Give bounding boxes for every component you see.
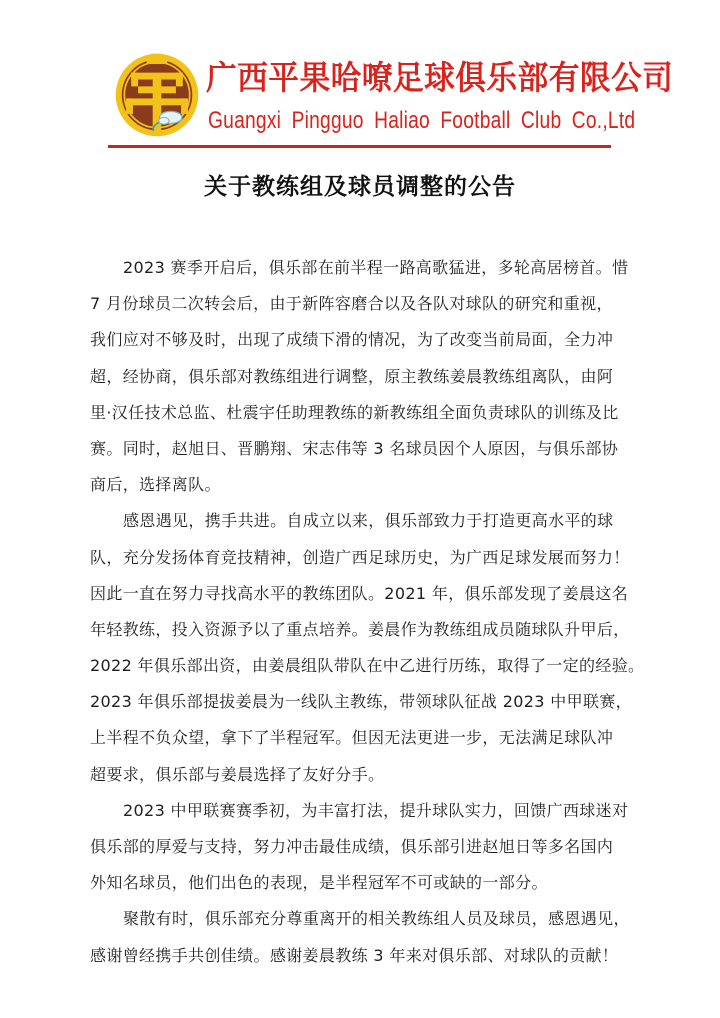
company-name-en: Guangxi Pingguo Haliao Football Club Co.… bbox=[208, 106, 635, 136]
announcement-body: 2023 赛季开启后，俱乐部在前半程一路高歌猛进，多轮高居榜首。惜 7 月份球员… bbox=[90, 250, 635, 974]
text-line: 2022 年俱乐部出资，由姜晨组队带队在中乙进行历练，取得了一定的经验。 bbox=[90, 648, 635, 684]
text-line: 我们应对不够及时，出现了成绩下滑的情况，为了改变当前局面，全力冲 bbox=[90, 322, 635, 358]
text-line: 感恩遇见，携手共进。自成立以来，俱乐部致力于打造更高水平的球 bbox=[90, 503, 635, 539]
text-line: 感谢曾经携手共创佳绩。感谢姜晨教练 3 年来对俱乐部、对球队的贡献！ bbox=[90, 938, 635, 974]
paragraph-4: 聚散有时，俱乐部充分尊重离开的相关教练组人员及球员，感恩遇见， 感谢曾经携手共创… bbox=[90, 901, 635, 973]
text-line: 聚散有时，俱乐部充分尊重离开的相关教练组人员及球员，感恩遇见， bbox=[90, 901, 635, 937]
text-line: 队，充分发扬体育竞技精神，创造广西足球历史，为广西足球发展而努力！ bbox=[90, 540, 635, 576]
text-line: 俱乐部的厚爱与支持，努力冲击最佳成绩，俱乐部引进赵旭日等多名国内 bbox=[90, 829, 635, 865]
text-line: 上半程不负众望，拿下了半程冠军。但因无法更进一步，无法满足球队冲 bbox=[90, 720, 635, 756]
club-crest-icon bbox=[114, 52, 200, 138]
text-line: 2023 中甲联赛赛季初，为丰富打法，提升球队实力，回馈广西球迷对 bbox=[90, 793, 635, 829]
text-line: 2023 赛季开启后，俱乐部在前半程一路高歌猛进，多轮高居榜首。惜 bbox=[90, 250, 635, 286]
text-line: 7 月份球员二次转会后，由于新阵容磨合以及各队对球队的研究和重视， bbox=[90, 286, 635, 322]
text-line: 因此一直在努力寻找高水平的教练团队。2021 年，俱乐部发现了姜晨这名 bbox=[90, 576, 635, 612]
paragraph-2: 感恩遇见，携手共进。自成立以来，俱乐部致力于打造更高水平的球 队，充分发扬体育竞… bbox=[90, 503, 635, 793]
text-line: 2023 年俱乐部提拔姜晨为一线队主教练，带领球队征战 2023 中甲联赛， bbox=[90, 684, 635, 720]
announcement-title: 关于教练组及球员调整的公告 bbox=[0, 170, 720, 204]
letterhead-divider bbox=[108, 145, 611, 148]
paragraph-3: 2023 中甲联赛赛季初，为丰富打法，提升球队实力，回馈广西球迷对 俱乐部的厚爱… bbox=[90, 793, 635, 902]
letterhead: 广西平果哈嘹足球俱乐部有限公司 Guangxi Pingguo Haliao F… bbox=[0, 0, 720, 160]
company-name-cn: 广西平果哈嘹足球俱乐部有限公司 bbox=[206, 58, 597, 98]
text-line: 超要求，俱乐部与姜晨选择了友好分手。 bbox=[90, 757, 635, 793]
text-line: 外知名球员，他们出色的表现，是半程冠军不可或缺的一部分。 bbox=[90, 865, 635, 901]
paragraph-1: 2023 赛季开启后，俱乐部在前半程一路高歌猛进，多轮高居榜首。惜 7 月份球员… bbox=[90, 250, 635, 503]
text-line: 商后，选择离队。 bbox=[90, 467, 635, 503]
text-line: 里·汉任技术总监、杜震宇任助理教练的新教练组全面负责球队的训练及比 bbox=[90, 395, 635, 431]
text-line: 年轻教练，投入资源予以了重点培养。姜晨作为教练组成员随球队升甲后， bbox=[90, 612, 635, 648]
text-line: 超，经协商，俱乐部对教练组进行调整，原主教练姜晨教练组离队，由阿 bbox=[90, 359, 635, 395]
text-line: 赛。同时，赵旭日、晋鹏翔、宋志伟等 3 名球员因个人原因，与俱乐部协 bbox=[90, 431, 635, 467]
